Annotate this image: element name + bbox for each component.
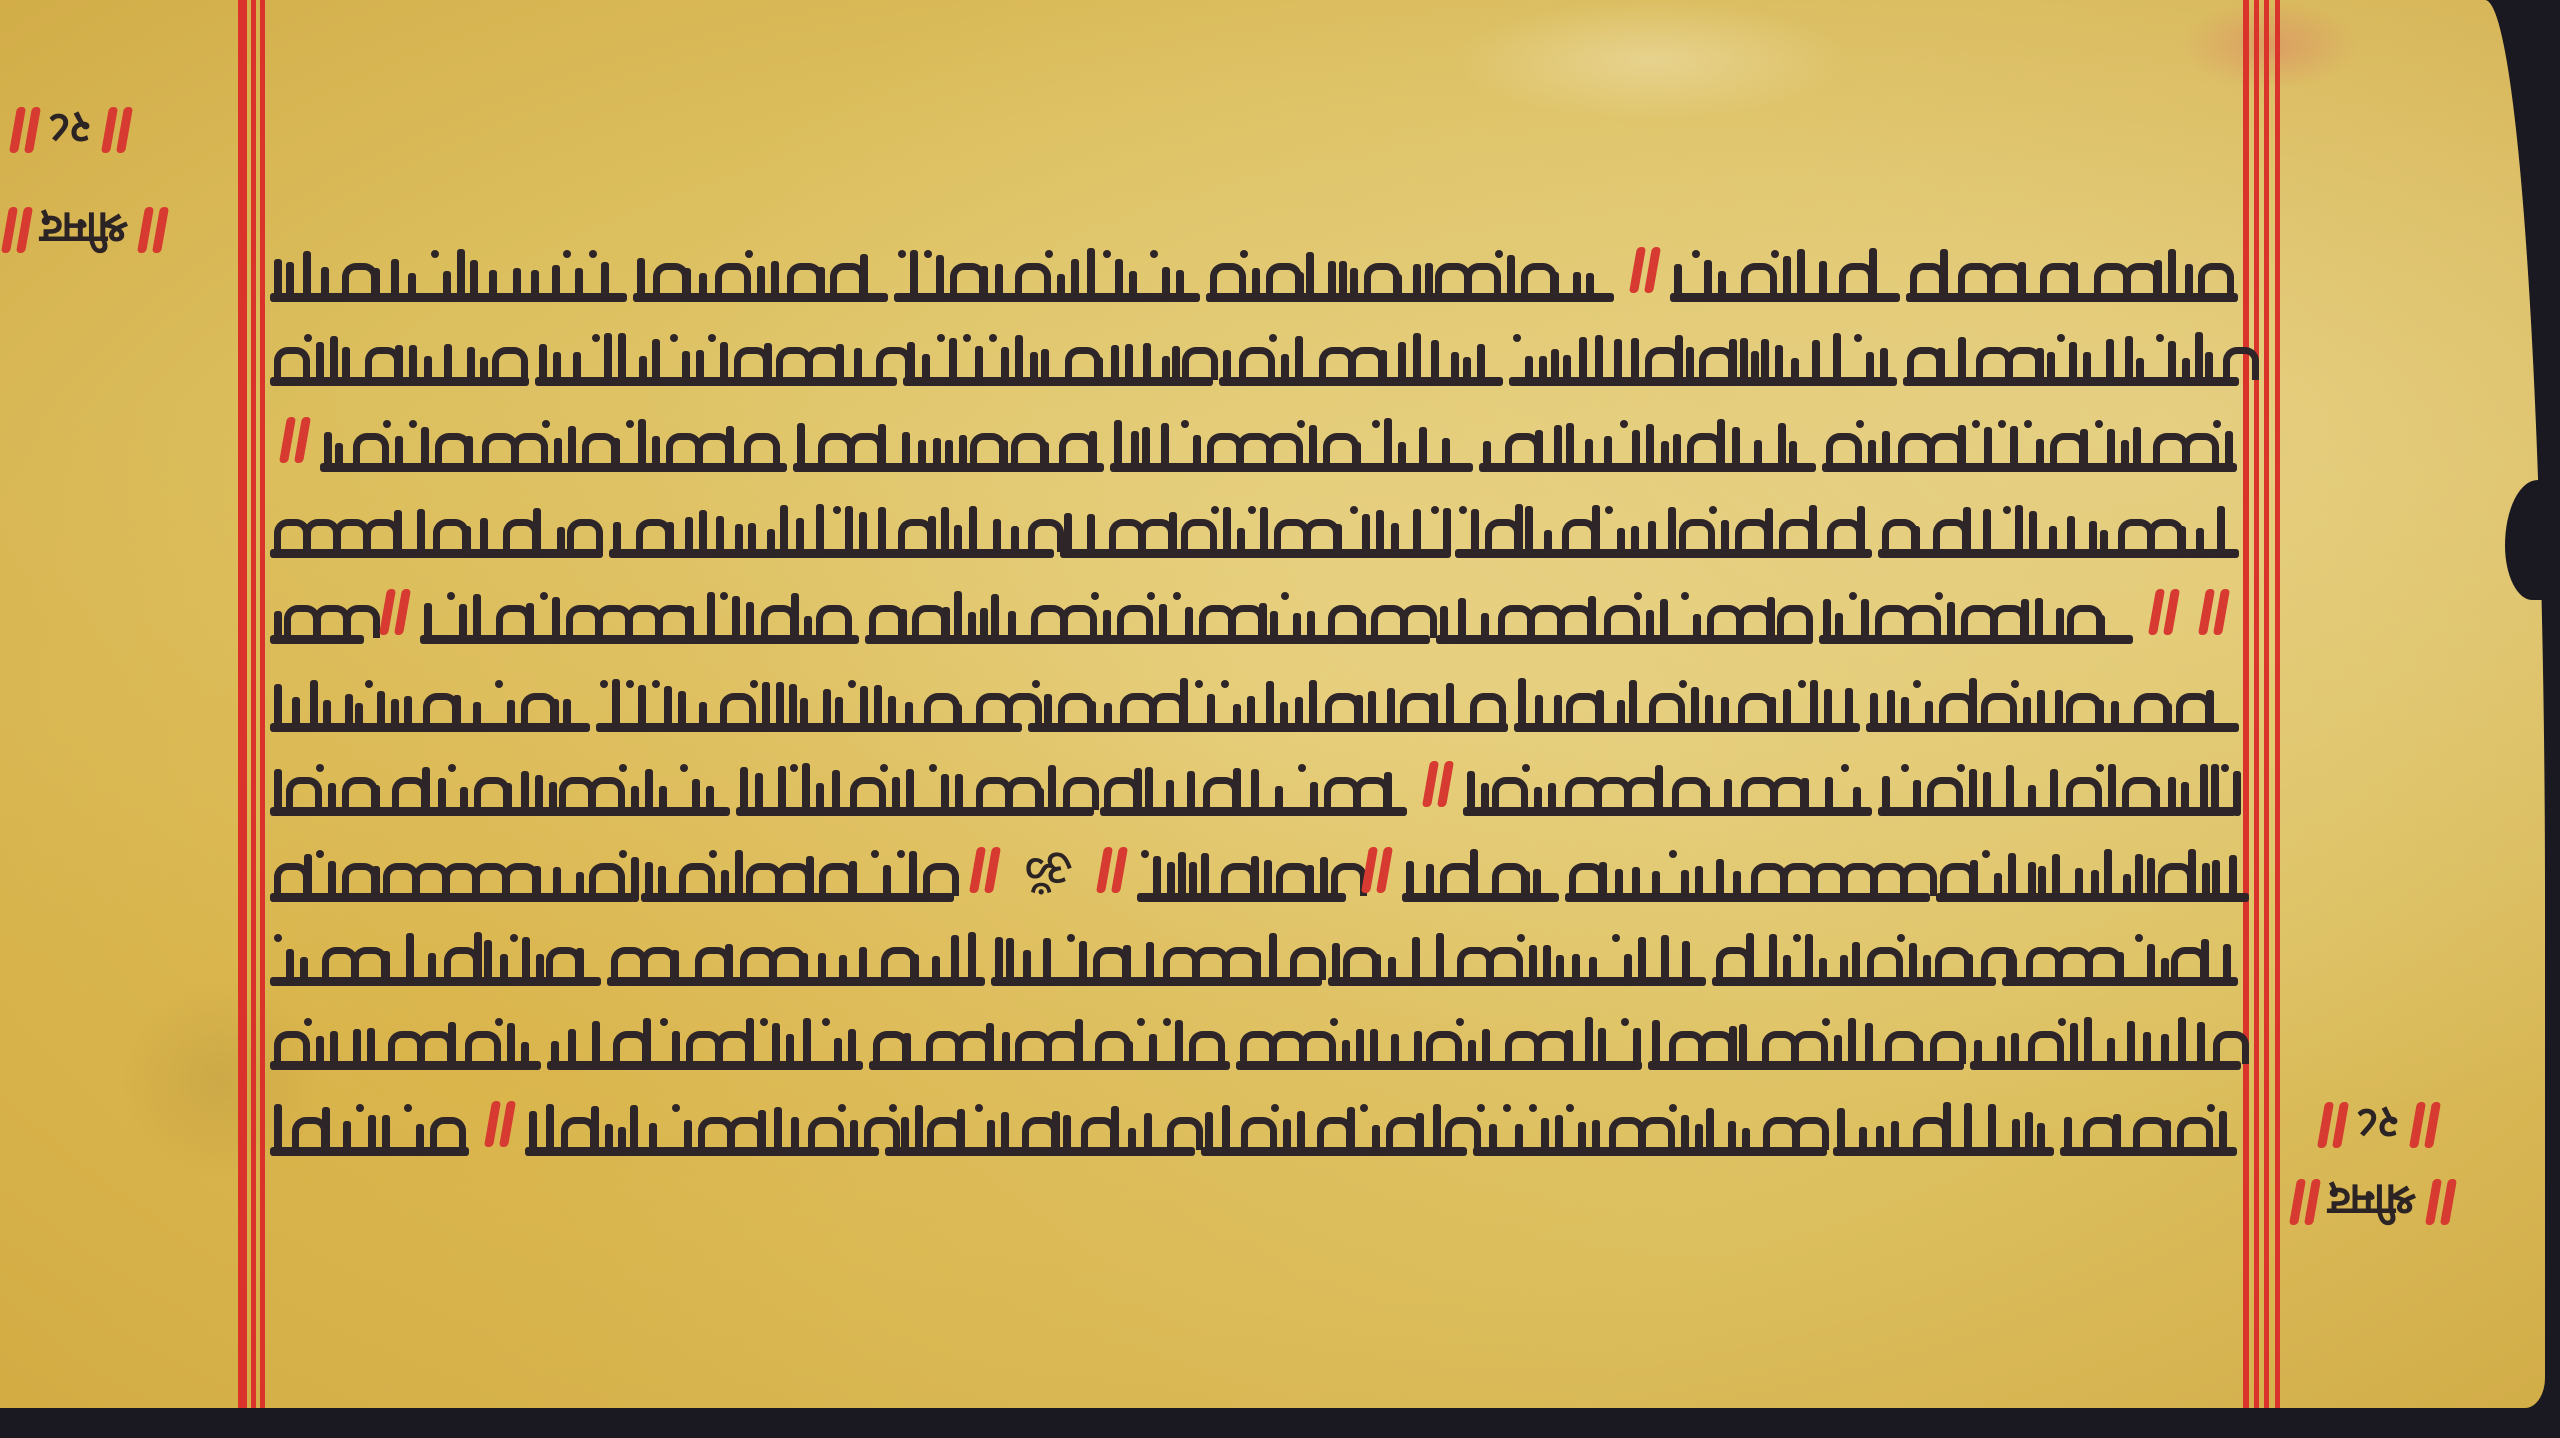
- text-line: [270, 1006, 2250, 1070]
- text-line: [270, 408, 2250, 472]
- word-group: [270, 246, 627, 302]
- word-group: [1028, 676, 1508, 732]
- right-red-ruling: [2264, 0, 2269, 1408]
- word-group: [1648, 1014, 1964, 1070]
- word-group: [1565, 846, 1930, 902]
- right-red-ruling: [2254, 0, 2259, 1408]
- word-group: [607, 930, 985, 986]
- word-group: [1833, 1100, 2054, 1156]
- paper-stain: [1450, 0, 1850, 120]
- left-red-ruling: [260, 0, 265, 1408]
- word-group: [885, 1100, 1195, 1156]
- word-group: [1822, 416, 2237, 472]
- word-group: [736, 760, 1094, 816]
- text-line: [270, 494, 2250, 558]
- double-danda: [380, 589, 410, 635]
- paper-stain: [2180, 0, 2360, 90]
- word-group: [609, 502, 1054, 558]
- word-group: [1479, 416, 1816, 472]
- word-group: [1219, 330, 1503, 386]
- manuscript-folio: २८ श्रीमद २८ श्रीमद ॐ: [0, 0, 2545, 1408]
- word-group: [1473, 1100, 1827, 1156]
- word-group: [270, 1014, 541, 1070]
- word-group: [633, 246, 888, 302]
- word-group: [320, 416, 787, 472]
- word-group: [1060, 502, 1449, 558]
- word-group: [596, 676, 1022, 732]
- word-group: [1436, 588, 1813, 644]
- word-group: [1936, 846, 2249, 902]
- word-group: [865, 588, 1430, 644]
- word-group: [1906, 246, 2238, 302]
- double-danda: [2149, 589, 2179, 635]
- text-line: [270, 580, 2250, 644]
- text-line: [270, 752, 2250, 816]
- left-folio-label: श्रीमद: [2, 200, 168, 260]
- double-danda: [1097, 847, 1127, 893]
- text-line: [270, 1092, 2250, 1156]
- word-group: [270, 930, 601, 986]
- double-danda: [485, 1101, 515, 1147]
- word-group: [1463, 760, 1872, 816]
- text-line: [270, 668, 2250, 732]
- word-group: [641, 846, 954, 902]
- word-group: [1137, 846, 1346, 902]
- text-line: [270, 922, 2250, 986]
- right-folio-label: श्रीमद: [2290, 1172, 2456, 1232]
- word-group: [1878, 760, 2236, 816]
- word-group: [1878, 502, 2239, 558]
- word-group: [2060, 1100, 2237, 1156]
- text-line: ॐ: [270, 838, 2250, 902]
- word-group: [869, 1014, 1230, 1070]
- word-group: [894, 246, 1200, 302]
- word-group: [1670, 246, 1900, 302]
- left-red-ruling: [251, 0, 256, 1408]
- word-group: [991, 930, 1322, 986]
- word-group: [1402, 846, 1559, 902]
- right-red-ruling: [2275, 0, 2280, 1408]
- word-group: [1866, 676, 2239, 732]
- text-line: [270, 322, 2250, 386]
- word-group: [1455, 502, 1872, 558]
- double-danda: [970, 847, 1000, 893]
- word-group: [270, 676, 590, 732]
- right-folio-number: २८: [2318, 1095, 2440, 1155]
- word-group: [1819, 588, 2133, 644]
- double-danda: [280, 417, 310, 463]
- word-group: [1712, 930, 1996, 986]
- word-group: [1903, 330, 2239, 386]
- double-danda: [2199, 589, 2229, 635]
- word-group: [270, 502, 603, 558]
- word-group: [1514, 676, 1860, 732]
- word-group: [1110, 416, 1473, 472]
- double-danda: [1423, 761, 1453, 807]
- word-group: [547, 1014, 863, 1070]
- word-group: [1236, 1014, 1642, 1070]
- word-group: [793, 416, 1104, 472]
- folio-label-text: श्रीमद: [42, 200, 128, 260]
- left-folio-number: २८: [10, 100, 132, 160]
- double-danda: [1630, 247, 1660, 293]
- folio-number-text: २८: [50, 100, 92, 160]
- torn-edge: [2505, 480, 2560, 600]
- word-group: [270, 760, 730, 816]
- folio-number-text: २८: [2358, 1095, 2400, 1155]
- word-group: [270, 588, 364, 644]
- text-line: [270, 238, 2250, 302]
- double-danda: [1362, 847, 1392, 893]
- word-group: [1201, 1100, 1467, 1156]
- left-red-ruling: [238, 0, 247, 1408]
- word-group: [270, 330, 529, 386]
- word-group: [535, 330, 897, 386]
- word-group: [1328, 930, 1706, 986]
- word-group: [1206, 246, 1614, 302]
- word-group: [420, 588, 859, 644]
- siddham-symbol: ॐ: [1024, 833, 1073, 907]
- word-group: [2002, 930, 2238, 986]
- word-group: [525, 1100, 879, 1156]
- word-group: [1509, 330, 1897, 386]
- word-group: [270, 1100, 469, 1156]
- word-group: [903, 330, 1213, 386]
- word-group: [1100, 760, 1407, 816]
- folio-label-text: श्रीमद: [2330, 1172, 2416, 1232]
- word-group: [1970, 1014, 2241, 1070]
- word-group: [270, 846, 635, 902]
